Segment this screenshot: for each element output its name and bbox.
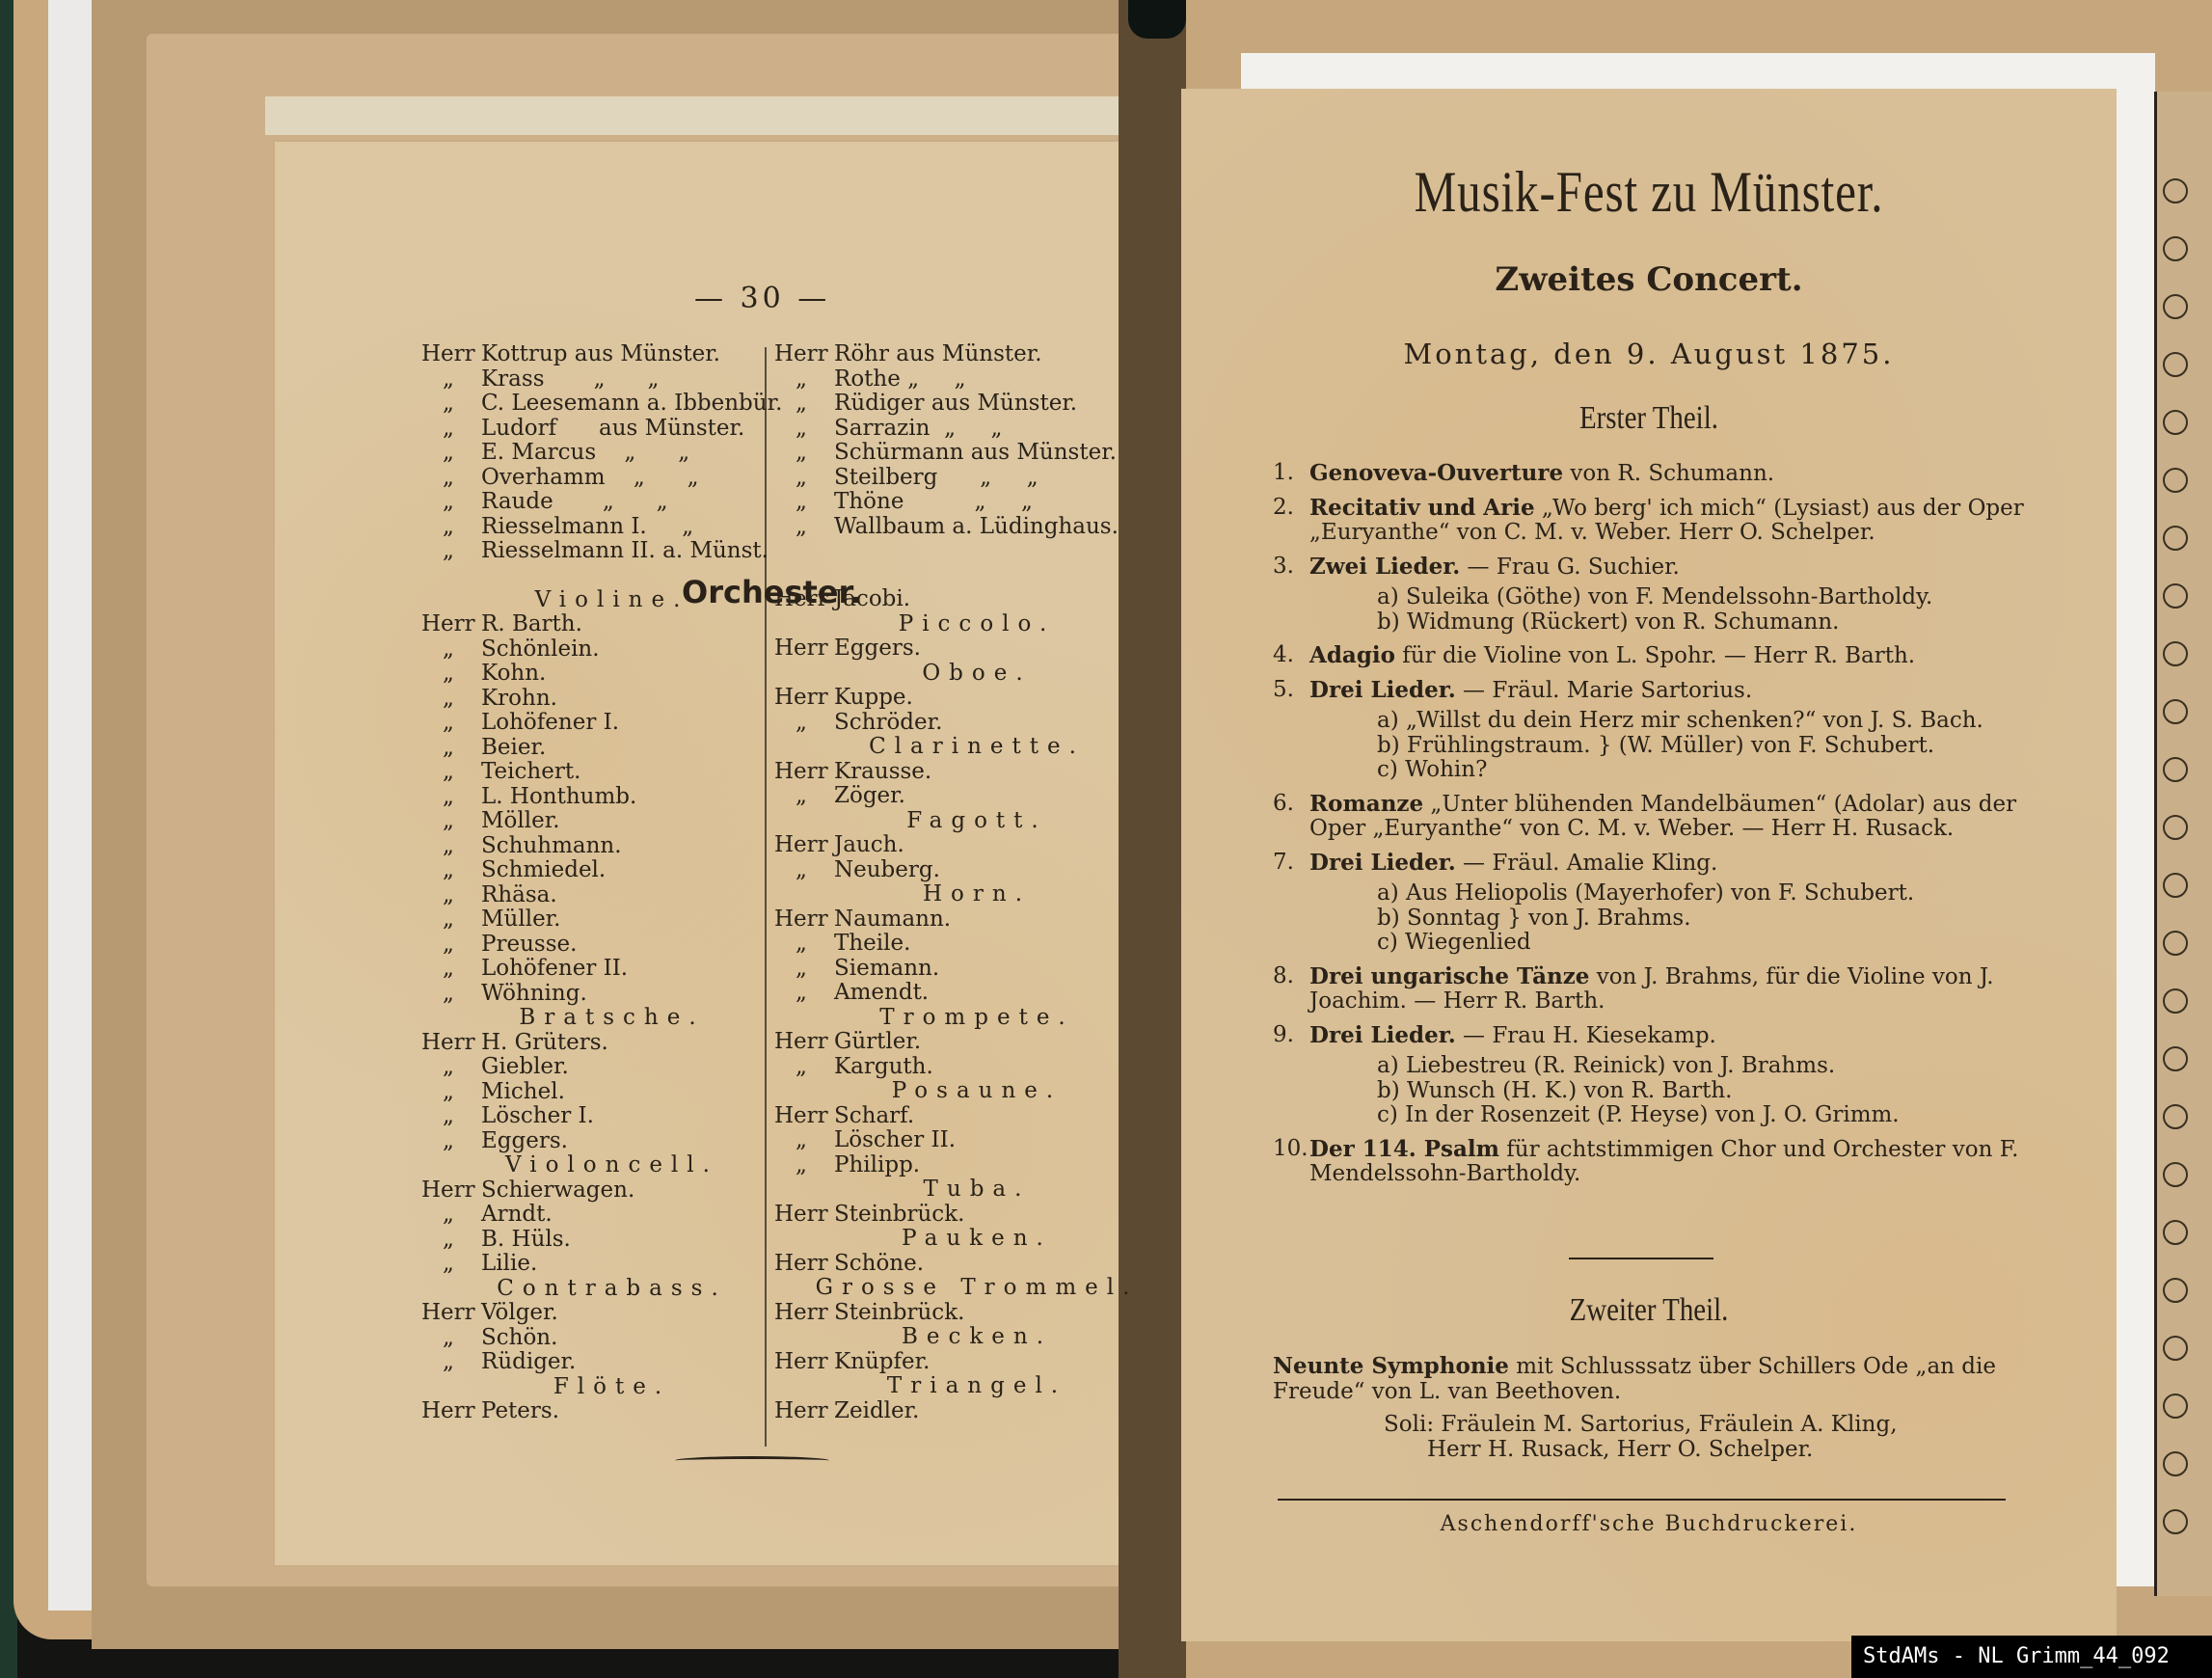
roster-entry: HerrVölger. [421, 1301, 764, 1326]
song-entry: a) Suleika (Göthe) von F. Mendelssohn-Ba… [1377, 585, 2025, 610]
roster-entry: „Schön. [421, 1326, 764, 1351]
member-name: Schöne. [834, 1251, 924, 1276]
song-entry: a) Liebestreu (R. Reinick) von J. Brahms… [1377, 1054, 2025, 1079]
title-prefix: Herr [421, 1178, 481, 1204]
title-prefix: „ [421, 1252, 481, 1277]
member-name: Röhr aus Münster. [834, 341, 1042, 366]
title-prefix: „ [421, 637, 481, 663]
roster-entry: HerrSteinbrück. [774, 1203, 1141, 1228]
member-name: Kohn. [481, 661, 546, 686]
member-name: Kuppe. [834, 685, 913, 710]
instrument-section-heading: Flöte. [421, 1375, 764, 1400]
instrument-section-heading: Oboe. [774, 662, 1141, 687]
member-name: Arndt. [481, 1202, 553, 1227]
member-name: Philipp. [834, 1152, 920, 1177]
member-name: Thöne „ „ [834, 489, 1033, 514]
member-name: Michel. [481, 1079, 565, 1104]
scroll-ornament-icon [2163, 931, 2188, 956]
title-prefix: Herr [421, 1031, 481, 1056]
title-prefix: „ [421, 736, 481, 761]
choir-list-right: HerrRöhr aus Münster.„Rothe „ „„Rüdiger … [774, 342, 1141, 539]
work-title: Genoveva-Ouverture [1309, 460, 1563, 486]
member-name: Karguth. [834, 1054, 933, 1079]
roster-entry: „Riesselmann I. „ [421, 515, 764, 540]
member-name: Steilberg „ „ [834, 465, 1039, 490]
roster-entry: „Lilie. [421, 1252, 764, 1277]
member-name: Steinbrück. [834, 1300, 964, 1325]
work-title: Recitativ und Arie [1309, 495, 1535, 521]
member-name: Schröder. [834, 710, 942, 735]
member-name: L. Honthumb. [481, 784, 636, 809]
roster-entry: „Giebler. [421, 1055, 764, 1080]
scroll-ornament-icon [2163, 1509, 2188, 1534]
roster-entry: „Schmiedel. [421, 858, 764, 883]
title-prefix: Herr [774, 1252, 834, 1277]
member-name: Möller. [481, 808, 560, 833]
scroll-ornament-icon [2163, 178, 2188, 203]
program-item: 9.Drei Lieder. — Frau H. Kiesekamp.a) Li… [1273, 1023, 2025, 1128]
member-name: Knüpfer. [834, 1349, 930, 1374]
title-prefix: „ [774, 417, 834, 442]
member-name: E. Marcus „ „ [481, 440, 689, 465]
title-prefix: „ [421, 982, 481, 1007]
item-body: Adagio für die Violine von L. Spohr. — H… [1309, 643, 2025, 669]
scroll-ornament-icon [2163, 815, 2188, 840]
scroll-ornament-icon [2163, 988, 2188, 1014]
roster-entry: HerrSteinbrück. [774, 1301, 1141, 1326]
roster-entry: „Teichert. [421, 760, 764, 785]
roster-entry: „Krohn. [421, 687, 764, 712]
scroll-ornament-icon [2163, 236, 2188, 261]
work-title: Romanze [1309, 791, 1423, 817]
item-number: 8. [1273, 964, 1309, 1015]
item-body: Recitativ und Arie „Wo berg' ich mich“ (… [1309, 496, 2025, 546]
instrument-section-heading: Fagott. [774, 809, 1141, 834]
title-prefix: „ [774, 981, 834, 1006]
roster-entry: „Löscher II. [774, 1128, 1141, 1153]
title-prefix: „ [421, 367, 481, 392]
title-prefix: „ [421, 539, 481, 564]
title-prefix: „ [421, 1326, 481, 1351]
choir-list-left: HerrKottrup aus Münster.„Krass „ „„C. Le… [421, 342, 764, 564]
item-body: Zwei Lieder. — Frau G. Suchier.a) Suleik… [1309, 555, 2025, 636]
item-body: Drei Lieder. — Fräul. Marie Sartorius.a)… [1309, 678, 2025, 783]
member-name: Rothe „ „ [834, 366, 966, 392]
title-prefix: „ [421, 809, 481, 834]
title-prefix: „ [421, 687, 481, 712]
roster-entry: „Zöger. [774, 784, 1141, 809]
instrument-section-heading: Pauken. [774, 1227, 1141, 1252]
member-name: Kottrup aus Münster. [481, 341, 720, 366]
item-body: Drei ungarische Tänze von J. Brahms, für… [1309, 964, 2025, 1015]
roster-entry: „C. Leesemann a. Ibbenbür. [421, 392, 764, 417]
title-prefix: „ [774, 490, 834, 515]
title-prefix: „ [774, 392, 834, 417]
member-name: Amendt. [834, 980, 929, 1005]
roster-entry: „Wöhning. [421, 982, 764, 1007]
roster-entry: „Beier. [421, 736, 764, 761]
work-title: Drei Lieder. [1309, 677, 1456, 703]
roster-entry: „Kohn. [421, 662, 764, 687]
member-name: Siemann. [834, 956, 939, 981]
title-prefix: „ [421, 957, 481, 982]
roster-entry: „Schuhmann. [421, 834, 764, 859]
title-prefix: „ [774, 515, 834, 540]
work-details: für die Violine von L. Spohr. — Herr R. … [1395, 643, 1915, 668]
scroll-ornament-icon [2163, 1394, 2188, 1419]
song-entry: b) Frühlingstraum. } (W. Müller) von F. … [1377, 734, 2025, 759]
member-name: Neuberg. [834, 857, 940, 882]
title-prefix: Herr [774, 342, 834, 367]
part-one-heading: Erster Theil. [1330, 400, 1969, 437]
title-prefix: „ [421, 711, 481, 736]
roster-column-right: HerrRöhr aus Münster.„Rothe „ „„Rüdiger … [774, 342, 1141, 1423]
title-prefix: „ [774, 441, 834, 466]
roster-entry: „Siemann. [774, 957, 1141, 982]
item-body: Drei Lieder. — Fräul. Amalie Kling.a) Au… [1309, 851, 2025, 956]
scroll-ornament-icon [2163, 1104, 2188, 1129]
title-prefix: „ [421, 760, 481, 785]
roster-entry: HerrKuppe. [774, 686, 1141, 711]
roster-entry: „Amendt. [774, 981, 1141, 1006]
member-name: Krohn. [481, 686, 557, 711]
title-prefix: Herr [774, 907, 834, 933]
orchestra-list-left: Violine.HerrR. Barth.„Schönlein.„Kohn.„K… [421, 588, 764, 1424]
scroll-ornament-icon [2163, 1336, 2188, 1361]
roster-entry: „Sarrazin „ „ [774, 417, 1141, 442]
paper-strip [48, 0, 96, 1610]
archive-reference-label: StdAMs - NL Grimm_44_092 [1851, 1636, 2212, 1678]
member-name: Müller. [481, 907, 560, 932]
song-entry: b) Sonntag } von J. Brahms. [1377, 907, 2025, 932]
title-prefix: „ [421, 1129, 481, 1154]
program-item: 1.Genoveva-Ouverture von R. Schumann. [1273, 461, 2025, 487]
member-name: Schönlein. [481, 636, 600, 662]
song-entry: c) In der Rosenzeit (P. Heyse) von J. O.… [1377, 1103, 2025, 1128]
title-prefix: Herr [774, 1399, 834, 1424]
title-prefix: „ [421, 417, 481, 442]
item-number: 2. [1273, 496, 1309, 546]
roster-entry: HerrEggers. [774, 636, 1141, 662]
program-list: 1.Genoveva-Ouverture von R. Schumann.2.R… [1273, 461, 2025, 1196]
roster-entry: „Schürmann aus Münster. [774, 441, 1141, 466]
title-prefix: Herr [774, 760, 834, 785]
title-prefix: „ [421, 515, 481, 540]
roster-entry: HerrJauch. [774, 833, 1141, 858]
instrument-section-heading: Triangel. [774, 1374, 1141, 1399]
scroll-ornament-icon [2163, 1220, 2188, 1245]
paper-leaf-edge [265, 96, 1162, 135]
member-name: Wallbaum a. Lüdinghaus. [834, 514, 1119, 539]
member-name: Schön. [481, 1325, 557, 1350]
roster-entry: „Schröder. [774, 711, 1141, 736]
title-prefix: „ [421, 1055, 481, 1080]
title-prefix: „ [774, 957, 834, 982]
concert-subtitle: Zweites Concert. [1273, 260, 2025, 299]
roster-entry: „Rüdiger. [421, 1350, 764, 1375]
scroll-ornament-icon [2163, 468, 2188, 493]
item-body: Drei Lieder. — Frau H. Kiesekamp.a) Lieb… [1309, 1023, 2025, 1128]
roster-entry: HerrScharf. [774, 1104, 1141, 1129]
printer-imprint: Aschendorff'sche Buchdruckerei. [1273, 1512, 2025, 1536]
work-details: — Frau G. Suchier. [1460, 555, 1680, 580]
roster-entry: HerrPeters. [421, 1399, 764, 1424]
program-item: 4.Adagio für die Violine von L. Spohr. —… [1273, 643, 2025, 669]
work-title: Neunte Symphonie [1273, 1353, 1509, 1379]
roster-entry: „Müller. [421, 907, 764, 933]
title-prefix: „ [774, 784, 834, 809]
soloists-line-2: Herr H. Rusack, Herr O. Schelper. [1273, 1437, 2025, 1462]
title-prefix: „ [421, 907, 481, 933]
work-title: Der 114. Psalm [1309, 1136, 1499, 1162]
title-prefix: Herr [421, 1399, 481, 1424]
roster-entry: „Arndt. [421, 1203, 764, 1228]
work-title: Zwei Lieder. [1309, 554, 1460, 580]
member-name: Schuhmann. [481, 833, 622, 858]
item-number: 9. [1273, 1023, 1309, 1128]
roster-entry: HerrKrausse. [774, 760, 1141, 785]
scroll-ornament-icon [2163, 1278, 2188, 1303]
member-name: Ludorf aus Münster. [481, 416, 744, 441]
roster-entry: „Michel. [421, 1080, 764, 1105]
member-name: Raude „ „ [481, 489, 668, 514]
instrument-section-heading: Contrabass. [421, 1277, 764, 1302]
title-prefix: „ [421, 392, 481, 417]
member-name: Rüdiger. [481, 1349, 576, 1374]
member-name: Teichert. [481, 759, 580, 784]
work-details: — Frau H. Kiesekamp. [1456, 1023, 1716, 1048]
instrument-section-heading: Trompete. [774, 1006, 1141, 1031]
member-name: Riesselmann II. a. Münst. [481, 538, 769, 563]
roster-entry: HerrSchierwagen. [421, 1178, 764, 1204]
instrument-section-heading: Violoncell. [421, 1153, 764, 1178]
member-name: Beier. [481, 735, 546, 760]
roster-entry: „Overhamm „ „ [421, 466, 764, 491]
title-prefix: Herr [421, 1301, 481, 1326]
member-name: Peters. [481, 1398, 559, 1423]
title-prefix: Herr [774, 587, 834, 612]
member-name: Völger. [481, 1300, 558, 1325]
item-body: Romanze „Unter blühenden Mandelbäumen“ (… [1309, 792, 2025, 842]
roster-entry: „Karguth. [774, 1055, 1141, 1080]
program-item: 10.Der 114. Psalm für achtstimmigen Chor… [1273, 1137, 2025, 1187]
instrument-section-heading: Posaune. [774, 1079, 1141, 1104]
program-item: 8.Drei ungarische Tänze von J. Brahms, f… [1273, 964, 2025, 1015]
member-name: Lilie. [481, 1251, 537, 1276]
song-entry: b) Wunsch (H. K.) von R. Barth. [1377, 1079, 2025, 1104]
song-list: a) Suleika (Göthe) von F. Mendelssohn-Ba… [1309, 585, 2025, 635]
member-name: Jauch. [834, 832, 904, 857]
member-name: Zöger. [834, 783, 905, 808]
roster-entry: HerrKnüpfer. [774, 1350, 1141, 1375]
section-divider [1569, 1258, 1713, 1259]
instrument-section-heading: Clarinette. [774, 735, 1141, 760]
item-body: Der 114. Psalm für achtstimmigen Chor un… [1309, 1137, 2025, 1187]
roster-entry: „B. Hüls. [421, 1228, 764, 1253]
program-item: 6.Romanze „Unter blühenden Mandelbäumen“… [1273, 792, 2025, 842]
scroll-ornament-icon [2163, 1162, 2188, 1187]
concert-date: Montag, den 9. August 1875. [1273, 338, 2025, 370]
roster-entry: HerrSchöne. [774, 1252, 1141, 1277]
title-prefix: „ [421, 490, 481, 515]
member-name: Krausse. [834, 759, 931, 784]
member-name: Sarrazin „ „ [834, 416, 1002, 441]
ornament-border [2154, 92, 2212, 1596]
program-item: 3.Zwei Lieder. — Frau G. Suchier.a) Sule… [1273, 555, 2025, 636]
roster-entry: „Rothe „ „ [774, 367, 1141, 392]
member-name: Lohöfener I. [481, 710, 619, 735]
member-name: Jacobi. [834, 586, 910, 611]
title-prefix: „ [421, 662, 481, 687]
scroll-ornament-icon [2163, 410, 2188, 435]
title-prefix: Herr [774, 1350, 834, 1375]
member-name: Lohöfener II. [481, 956, 628, 981]
title-prefix: Herr [774, 686, 834, 711]
flourish-ornament-icon [675, 1456, 829, 1465]
title-prefix: „ [774, 367, 834, 392]
work-details: von R. Schumann. [1563, 461, 1774, 486]
column-divider [765, 347, 767, 1447]
title-prefix: Herr [774, 1030, 834, 1055]
title-prefix: „ [774, 466, 834, 491]
roster-entry: HerrKottrup aus Münster. [421, 342, 764, 367]
member-name: C. Leesemann a. Ibbenbür. [481, 391, 782, 416]
roster-entry: „Rüdiger aus Münster. [774, 392, 1141, 417]
member-name: Rüdiger aus Münster. [834, 391, 1077, 416]
member-name: Löscher I. [481, 1103, 594, 1128]
member-name: Schierwagen. [481, 1177, 634, 1203]
title-prefix: „ [421, 933, 481, 958]
member-name: Krass „ „ [481, 366, 659, 392]
program-item: 7.Drei Lieder. — Fräul. Amalie Kling.a) … [1273, 851, 2025, 956]
roster-entry: HerrZeidler. [774, 1399, 1141, 1424]
roster-entry: „E. Marcus „ „ [421, 441, 764, 466]
member-name: Schürmann aus Münster. [834, 440, 1117, 465]
title-prefix: „ [421, 1203, 481, 1228]
concert-title: Musik-Fest zu Münster. [1340, 159, 1957, 226]
roster-entry: „Eggers. [421, 1129, 764, 1154]
title-prefix: „ [774, 932, 834, 957]
member-name: Schmiedel. [481, 857, 606, 882]
title-prefix: „ [774, 711, 834, 736]
member-name: Overhamm „ „ [481, 465, 699, 490]
instrument-section-heading: Grosse Trommel. [774, 1276, 1141, 1301]
member-name: Rhäsa. [481, 882, 557, 907]
song-list: a) Liebestreu (R. Reinick) von J. Brahms… [1309, 1054, 2025, 1128]
roster-entry: HerrJacobi. [774, 587, 1141, 612]
scroll-ornament-icon [2163, 352, 2188, 377]
instrument-section-heading: Becken. [774, 1325, 1141, 1350]
scroll-ornament-icon [2163, 1046, 2188, 1071]
item-number: 5. [1273, 678, 1309, 783]
member-name: Eggers. [834, 636, 921, 661]
page-number: — 30 — [694, 282, 830, 315]
title-prefix: „ [421, 1104, 481, 1129]
scroll-ornament-icon [2163, 641, 2188, 666]
item-number: 6. [1273, 792, 1309, 842]
instrument-section-heading: Tuba. [774, 1177, 1141, 1203]
roster-entry: „Rhäsa. [421, 883, 764, 908]
title-prefix: Herr [774, 833, 834, 858]
orchestra-list-right: HerrJacobi.Piccolo.HerrEggers.Oboe.HerrK… [774, 587, 1141, 1423]
item-number: 1. [1273, 461, 1309, 487]
spine-binding [1128, 0, 1186, 39]
member-name: B. Hüls. [481, 1227, 571, 1252]
part-two-program: Neunte Symphonie mit Schlusssatz über Sc… [1273, 1354, 2025, 1462]
roster-entry: „Krass „ „ [421, 367, 764, 392]
title-prefix: Herr [774, 1301, 834, 1326]
title-prefix: „ [421, 858, 481, 883]
title-prefix: „ [774, 858, 834, 883]
scroll-ornament-icon [2163, 526, 2188, 551]
instrument-section-heading: Bratsche. [421, 1006, 764, 1031]
program-item: 5.Drei Lieder. — Fräul. Marie Sartorius.… [1273, 678, 2025, 783]
member-name: Gürtler. [834, 1029, 921, 1054]
roster-column-left: HerrKottrup aus Münster.„Krass „ „„C. Le… [421, 342, 764, 1424]
work-details: — Fräul. Amalie Kling. [1456, 851, 1718, 876]
soloists-line-1: Soli: Fräulein M. Sartorius, Fräulein A.… [1273, 1412, 2025, 1437]
footer-rule [1278, 1499, 2006, 1501]
title-prefix: „ [421, 883, 481, 908]
scroll-ornament-icon [2163, 583, 2188, 609]
roster-entry: „Lohöfener II. [421, 957, 764, 982]
roster-entry: „Möller. [421, 809, 764, 834]
member-name: Preusse. [481, 932, 577, 957]
work-title: Drei Lieder. [1309, 1022, 1456, 1048]
member-name: R. Barth. [481, 611, 582, 636]
instrument-section-heading: Horn. [774, 882, 1141, 907]
work-title: Adagio [1309, 642, 1395, 668]
title-prefix: „ [421, 1228, 481, 1253]
title-prefix: „ [421, 834, 481, 859]
member-name: Theile. [834, 931, 910, 956]
song-list: a) „Willst du dein Herz mir schenken?“ v… [1309, 709, 2025, 783]
roster-entry: HerrGürtler. [774, 1030, 1141, 1055]
roster-entry: HerrRöhr aus Münster. [774, 342, 1141, 367]
roster-entry: „Neuberg. [774, 858, 1141, 883]
roster-entry: „Ludorf aus Münster. [421, 417, 764, 442]
roster-entry: „Theile. [774, 932, 1141, 957]
scroll-ornament-icon [2163, 1451, 2188, 1476]
work-details: — Fräul. Marie Sartorius. [1456, 678, 1752, 703]
member-name: Löscher II. [834, 1127, 956, 1152]
song-list: a) Aus Heliopolis (Mayerhofer) von F. Sc… [1309, 881, 2025, 956]
roster-entry: „Löscher I. [421, 1104, 764, 1129]
roster-entry: HerrR. Barth. [421, 612, 764, 637]
title-prefix: „ [421, 466, 481, 491]
song-entry: a) Aus Heliopolis (Mayerhofer) von F. Sc… [1377, 881, 2025, 907]
title-prefix: Herr [421, 612, 481, 637]
title-prefix: Herr [774, 1203, 834, 1228]
program-item: 2.Recitativ und Arie „Wo berg' ich mich“… [1273, 496, 2025, 546]
member-name: Scharf. [834, 1103, 914, 1128]
scroll-ornament-icon [2163, 699, 2188, 724]
song-entry: c) Wiegenlied [1377, 931, 2025, 956]
member-name: Eggers. [481, 1128, 568, 1153]
roster-entry: „Thöne „ „ [774, 490, 1141, 515]
song-entry: c) Wohin? [1377, 758, 2025, 783]
roster-entry: „Lohöfener I. [421, 711, 764, 736]
roster-entry: „Philipp. [774, 1153, 1141, 1178]
roster-entry: „Riesselmann II. a. Münst. [421, 539, 764, 564]
roster-entry: HerrNaumann. [774, 907, 1141, 933]
roster-entry: „L. Honthumb. [421, 785, 764, 810]
title-prefix: „ [774, 1055, 834, 1080]
title-prefix: Herr [774, 1104, 834, 1129]
roster-entry: „Raude „ „ [421, 490, 764, 515]
song-entry: b) Widmung (Rückert) von R. Schumann. [1377, 610, 2025, 636]
symphony-entry: Neunte Symphonie mit Schlusssatz über Sc… [1273, 1354, 2025, 1404]
